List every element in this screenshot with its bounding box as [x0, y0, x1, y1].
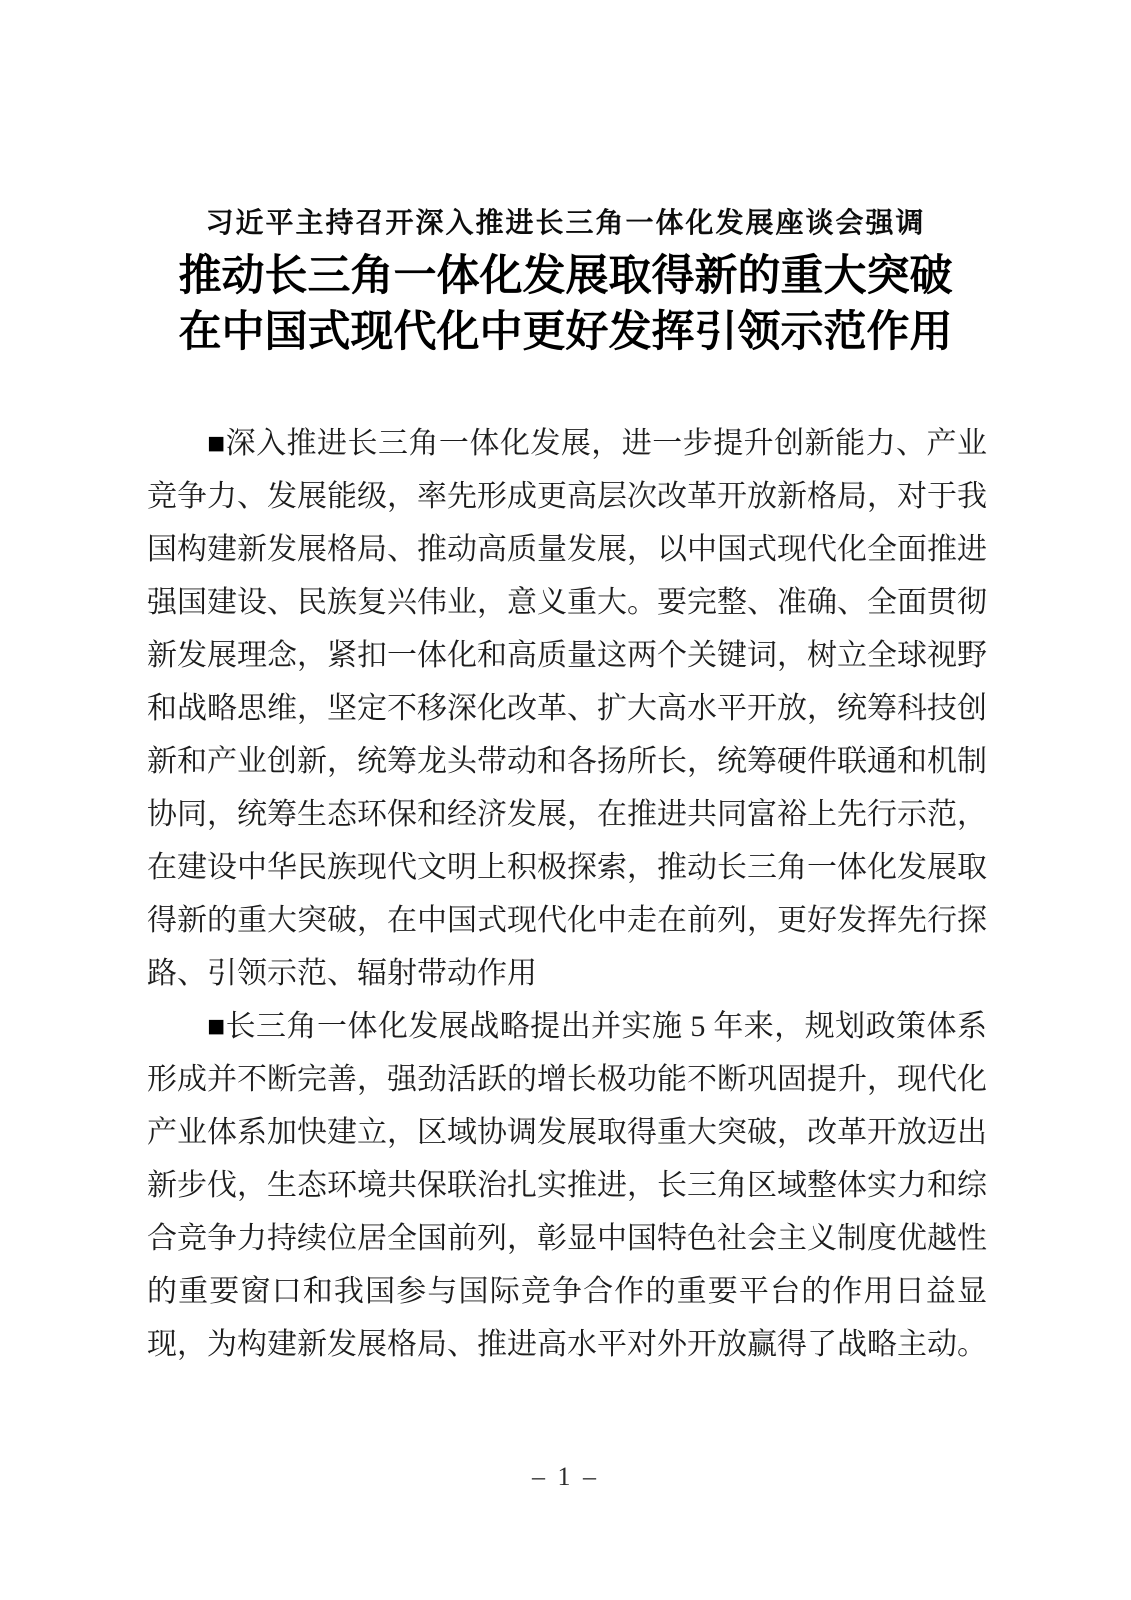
paragraph-text: 长三角一体化发展战略提出并实施 5 年来，规划政策体系形成并不断完善，强劲活跃的… [147, 1010, 987, 1361]
article-header: 习近平主持召开深入推进长三角一体化发展座谈会强调 推动长三角一体化发展取得新的重… [0, 0, 1131, 361]
summary-paragraph-2: ■长三角一体化发展战略提出并实施 5 年来，规划政策体系形成并不断完善，强劲活跃… [147, 1000, 987, 1371]
document-page: 习近平主持召开深入推进长三角一体化发展座谈会强调 推动长三角一体化发展取得新的重… [0, 0, 1131, 1600]
article-body: ■深入推进长三角一体化发展，进一步提升创新能力、产业竞争力、发展能级，率先形成更… [147, 417, 987, 1371]
paragraph-text: 深入推进长三角一体化发展，进一步提升创新能力、产业竞争力、发展能级，率先形成更高… [147, 427, 987, 990]
article-title-line2: 在中国式现代化中更好发挥引领示范作用 [0, 305, 1131, 361]
article-title-line1: 推动长三角一体化发展取得新的重大突破 [0, 249, 1131, 305]
article-kicker: 习近平主持召开深入推进长三角一体化发展座谈会强调 [0, 0, 1131, 243]
square-bullet-icon: ■ [207, 1010, 226, 1043]
square-bullet-icon: ■ [207, 427, 226, 460]
summary-paragraph-1: ■深入推进长三角一体化发展，进一步提升创新能力、产业竞争力、发展能级，率先形成更… [147, 417, 987, 1000]
page-number: – 1 – [0, 1462, 1131, 1492]
article-title: 推动长三角一体化发展取得新的重大突破 在中国式现代化中更好发挥引领示范作用 [0, 249, 1131, 361]
